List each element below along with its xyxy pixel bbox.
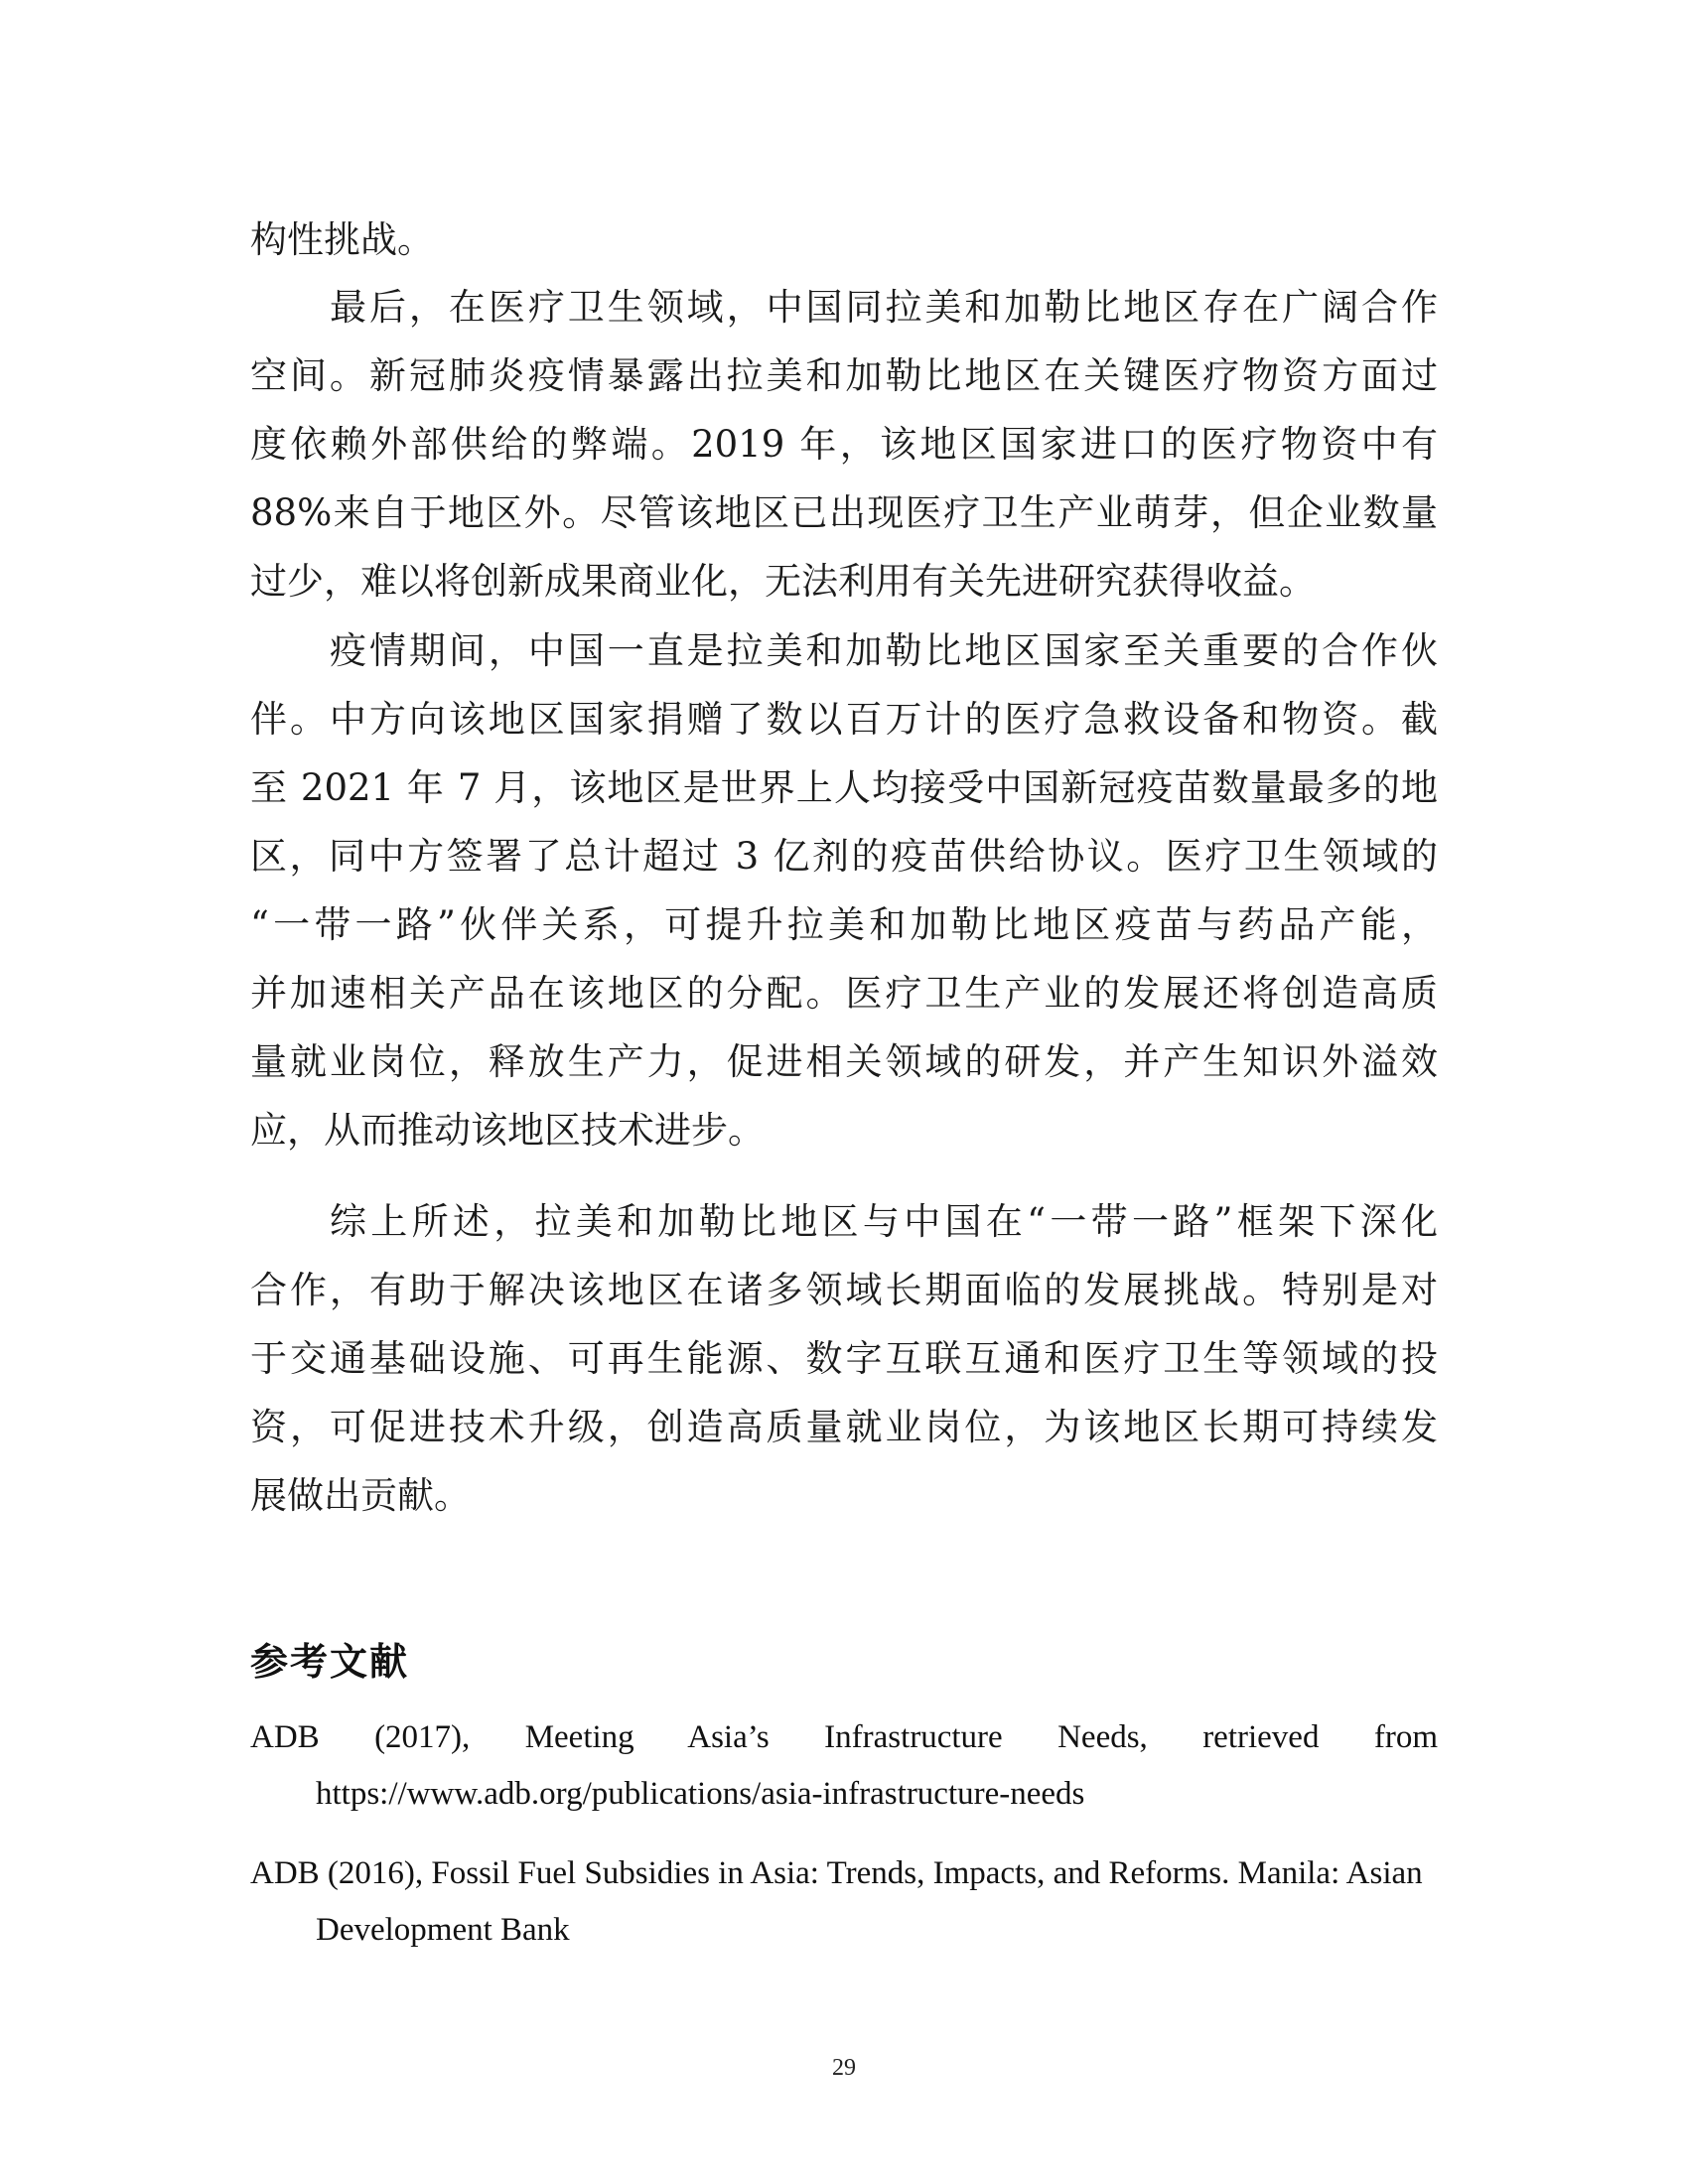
- paragraph-line: 于交通基础设施、可再生能源、数字互联互通和医疗卫生等领域的投: [250, 1335, 1438, 1383]
- reference-entry-line: ADB (2017), Meeting Asia’s Infrastructur…: [250, 1717, 1438, 1757]
- paragraph-line: 88%来自于地区外。尽管该地区已出现医疗卫生产业萌芽，但企业数量: [250, 489, 1438, 537]
- reference-entry-line: ADB (2016), Fossil Fuel Subsidies in Asi…: [250, 1853, 1438, 1893]
- paragraph-line: 量就业岗位，释放生产力，促进相关领域的研发，并产生知识外溢效: [250, 1038, 1438, 1086]
- paragraph-line: 至 2021 年 7 月，该地区是世界上人均接受中国新冠疫苗数量最多的地: [250, 764, 1438, 812]
- paragraph-line: 构性挑战。: [250, 216, 1438, 264]
- paragraph-line: 过少，难以将创新成果商业化，无法利用有关先进研究获得收益。: [250, 558, 1438, 606]
- paragraph-line: 伴。中方向该地区国家捐赠了数以百万计的医疗急救设备和物资。截: [250, 696, 1438, 744]
- paragraph-line: 应，从而推动该地区技术进步。: [250, 1107, 1438, 1155]
- paragraph-line: 合作，有助于解决该地区在诸多领域长期面临的发展挑战。特别是对: [250, 1267, 1438, 1314]
- paragraph-line: 展做出贡献。: [250, 1472, 1438, 1520]
- references-heading: 参考文献: [250, 1638, 409, 1686]
- reference-entry-continuation: Development Bank: [316, 1910, 1438, 1950]
- paragraph-line: 综上所述，拉美和加勒比地区与中国在“一带一路”框架下深化: [330, 1198, 1438, 1246]
- paragraph-line: 度依赖外部供给的弊端。2019 年，该地区国家进口的医疗物资中有: [250, 421, 1438, 469]
- document-page: 构性挑战。 最后，在医疗卫生领域，中国同拉美和加勒比地区存在广阔合作 空间。新冠…: [0, 0, 1688, 2184]
- paragraph-line: “一带一路”伙伴关系，可提升拉美和加勒比地区疫苗与药品产能，: [250, 901, 1438, 949]
- paragraph-line: 最后，在医疗卫生领域，中国同拉美和加勒比地区存在广阔合作: [330, 284, 1438, 332]
- paragraph-line: 并加速相关产品在该地区的分配。医疗卫生产业的发展还将创造高质: [250, 970, 1438, 1018]
- page-number: 29: [0, 2055, 1688, 2082]
- paragraph-line: 区，同中方签署了总计超过 3 亿剂的疫苗供给协议。医疗卫生领域的: [250, 833, 1438, 881]
- paragraph-line: 资，可促进技术升级，创造高质量就业岗位，为该地区长期可持续发: [250, 1404, 1438, 1451]
- paragraph-line: 疫情期间，中国一直是拉美和加勒比地区国家至关重要的合作伙: [330, 627, 1438, 675]
- reference-url[interactable]: https://www.adb.org/publications/asia-in…: [316, 1774, 1438, 1814]
- paragraph-line: 空间。新冠肺炎疫情暴露出拉美和加勒比地区在关键医疗物资方面过: [250, 352, 1438, 400]
